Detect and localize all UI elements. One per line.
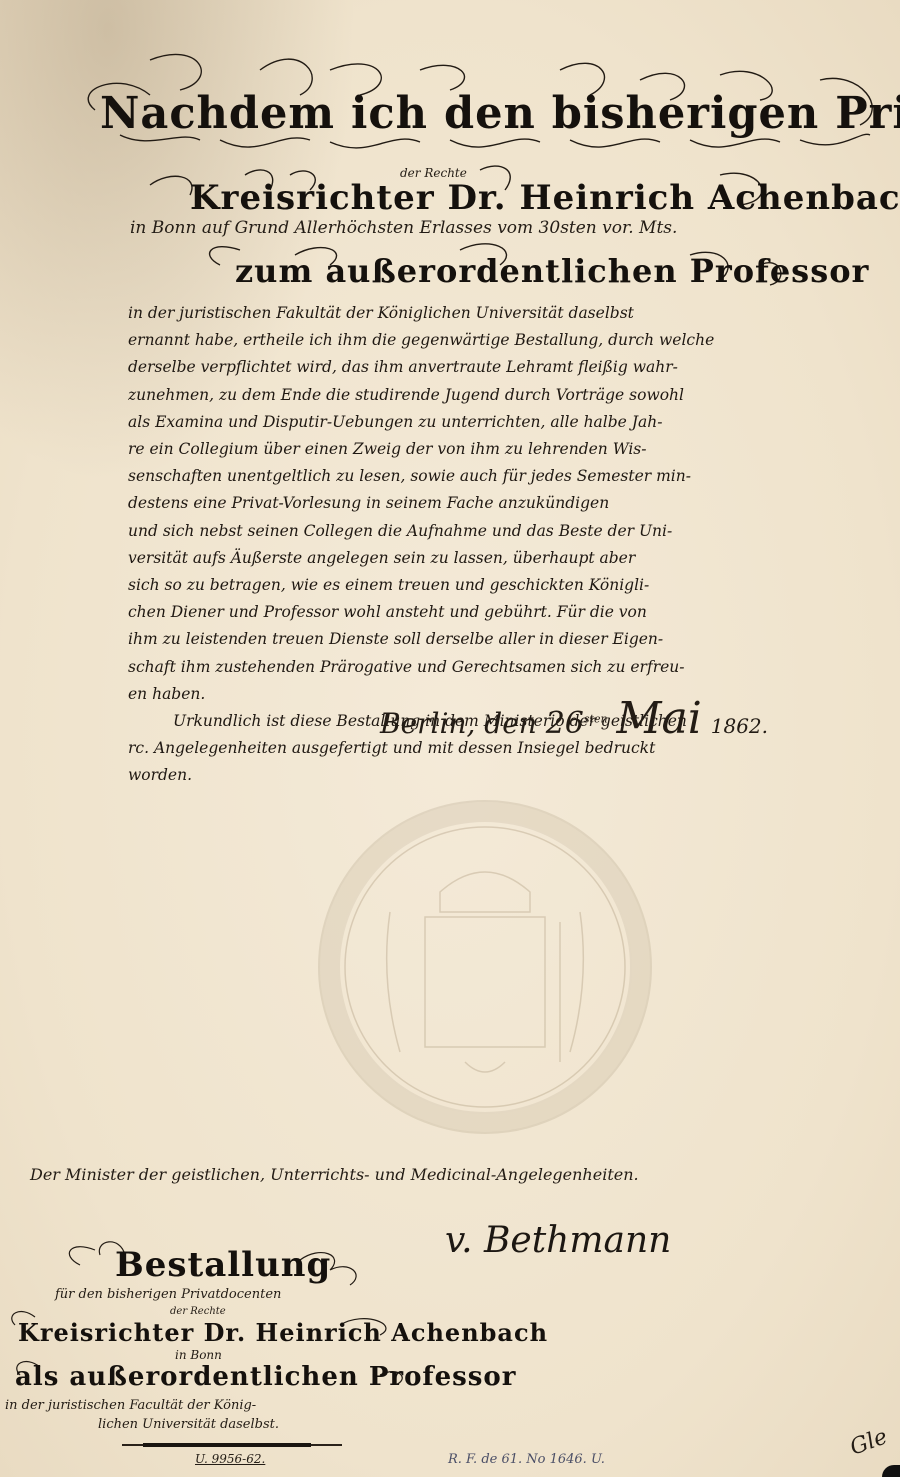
footer-place: in Bonn (175, 1348, 222, 1362)
date-year: 1862. (711, 714, 768, 738)
body-line: als Examina und Disputir-Uebungen zu unt… (128, 409, 898, 436)
closing-line: worden. (128, 762, 898, 789)
body-line: schaft ihm zustehenden Prärogative und G… (128, 654, 898, 681)
date-line: Berlin, den 26sten Mai 1862. (380, 693, 768, 744)
footer-name-line: Kreisrichter Dr. Heinrich Achenbach (18, 1318, 548, 1347)
body-line: ernannt habe, ertheile ich ihm die gegen… (128, 327, 898, 354)
heading-place-line: in Bonn auf Grund Allerhöchsten Erlasses… (130, 218, 677, 238)
body-line: und sich nebst seinen Collegen die Aufna… (128, 518, 898, 545)
body-line: in der juristischen Fakultät der Königli… (128, 300, 898, 327)
date-month: Mai (616, 693, 701, 744)
body-line: senschaften unentgeltlich zu lesen, sowi… (128, 463, 898, 490)
footer-title-line: als außerordentlichen Professor (15, 1362, 516, 1392)
footer-over-name: der Rechte (170, 1306, 226, 1317)
footer-rule-thick (143, 1443, 311, 1447)
seal-crest-icon (320, 802, 650, 1132)
body-line: destens eine Privat-Vorlesung in seinem … (128, 490, 898, 517)
body-line: derselbe verpflichtet wird, das ihm anve… (128, 354, 898, 381)
body-line: chen Diener und Professor wohl ansteht u… (128, 599, 898, 626)
footer-title: Bestallung (115, 1245, 331, 1285)
heading-line-1: Nachdem ich den bisherigen Privatdocente… (100, 88, 900, 139)
body-line: sich so zu betragen, wie es einem treuen… (128, 572, 898, 599)
archive-reference: R. F. de 61. No 1646. U. (448, 1452, 605, 1467)
footer-line-2: in der juristischen Facultät der König- (5, 1398, 256, 1413)
heading-name-line: Kreisrichter Dr. Heinrich Achenbach (190, 178, 900, 218)
date-place: Berlin, den (380, 707, 537, 740)
body-line: versität aufs Äußerste angelegen sein zu… (128, 545, 898, 572)
reference-number: U. 9956-62. (195, 1452, 265, 1466)
minister-signature: v. Bethmann (445, 1220, 671, 1261)
body-line: zunehmen, zu dem Ende die studirende Jug… (128, 382, 898, 409)
date-day: 26 (546, 706, 584, 741)
footer-line-1: für den bisherigen Privatdocenten (55, 1287, 281, 1302)
date-day-suffix: sten (584, 713, 608, 726)
footer-line-3: lichen Universität daselbst. (98, 1417, 279, 1432)
body-line: ihm zu leistenden treuen Dienste soll de… (128, 626, 898, 653)
embossed-seal (318, 800, 652, 1134)
body-line: re ein Collegium über einen Zweig der vo… (128, 436, 898, 463)
minister-title-line: Der Minister der geistlichen, Unterricht… (30, 1165, 639, 1184)
heading-title-line: zum außerordentlichen Professor (235, 252, 869, 290)
